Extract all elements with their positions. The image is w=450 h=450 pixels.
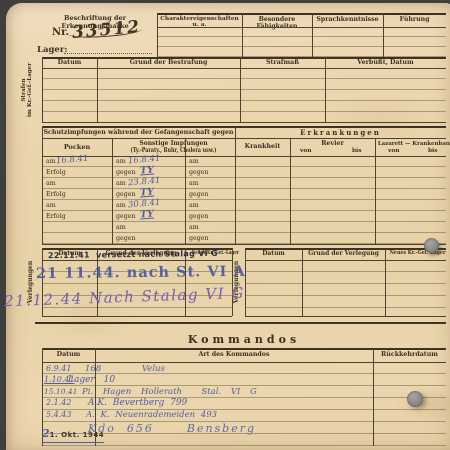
vacc-label: am [189,202,199,209]
vacc-row: Erfolg gegen TY gegen [42,167,446,178]
vacc-row: am am [42,222,446,233]
vaccinations-col-sonstige: Sonstige Impfungen [112,140,235,147]
revier-von-label: von [300,148,311,154]
vacc-label: am [116,202,126,209]
column-divider [383,13,384,57]
section-heavy-rule [35,322,446,324]
vaccinations-bottom-rule [42,244,446,245]
punishments-side-label-line2: im Kr.-Gef.-Lager [27,55,33,125]
vacc-label: Erfolg [46,191,66,198]
vacc-row: am am 23.8.41 am [42,178,446,189]
punishments-side-label: Strafen im Kr.-Gef.-Lager [21,55,35,125]
illnesses-col-lazarett: Lazarett — Krankenhaus [378,140,443,147]
traits-col-conduct: Führung [383,16,446,23]
scanned-document: Beschriftung der Erkennungsmarke Nr. 335… [0,0,450,450]
vacc-hand-date: 16.8.41 [56,154,89,167]
traits-empty-rows [157,27,446,57]
kommando-art: Lager 10 [68,375,115,385]
nr-label: Nr. [52,27,69,38]
illnesses-col-revier: Revier [290,140,375,147]
column-divider [242,13,243,57]
punishments-col-datum: Datum [42,59,97,66]
column-divider [312,13,313,57]
vacc-label: am [189,224,199,231]
kommando-art: A. K. Neuenrademeiden 493 [86,410,217,420]
lager-label: Lager: [37,45,67,55]
transfers-right-bottom-rule [245,316,446,317]
kommando-art: Pi. Hagen Hollerath Stal. VI G [82,387,257,397]
vaccination-rows: am 16.8.41 am 16.8.41 am Erfolg gegen TY… [42,156,446,244]
vacc-label: gegen [116,235,136,242]
column-divider [42,57,43,122]
kommando-art: 168 Velus [85,364,165,374]
kommando-art: A.K. Bevertberg 799 [88,398,187,408]
vacc-label: am [189,180,199,187]
punishments-col-grund: Grund der Bestrafung [97,59,240,66]
column-divider [385,248,386,316]
kommando-datum: 5.4.43 [46,410,71,419]
vacc-hand-ty: TY [140,187,155,199]
vaccinations-col-pocken: Pocken [42,143,112,151]
traits-col-languages: Sprachkenntnisse [312,16,383,23]
vacc-label: Erfolg [46,213,66,220]
vaccinations-col-sonstige-sub: (Ty.-Paraty., Ruhr, Cholera usw.) [124,147,222,154]
column-divider [325,57,326,122]
punishments-col-strafmass: Strafmaß [240,59,325,66]
hole-punch-bottom [407,391,423,407]
lazarett-bis-label: bis [428,148,438,154]
column-divider [97,57,98,122]
traits-top-rule [157,13,446,15]
kommando-row-stamped: 21. Okt. 1944 Kdo 656 Bensberg [42,422,446,438]
lazarett-von-label: von [388,148,399,154]
kommando-datum-hand-digit: 2 [42,427,50,440]
punishments-bottom-rule [42,122,446,123]
column-divider [157,13,158,57]
kommandos-col-rueckkehr: Rückkehrdatum [373,351,446,358]
vacc-label: Erfolg [46,169,66,176]
vacc-row: Erfolg gegen TY gegen [42,211,446,222]
vacc-label: am [46,202,56,209]
kommandos-rows: 6.9.41 168 Velus 1.10.41 Lager 10 15.10.… [42,362,446,450]
vacc-label: gegen [116,213,136,220]
hole-punch-top [424,238,439,253]
vacc-label: gegen [189,191,209,198]
lager-dotted-line [64,44,152,54]
transfers-left-bottom-rule [42,316,232,317]
kommando-row: 2.1.42 A.K. Bevertberg 799 [42,398,446,410]
kommando-datum: 15.10.41 [44,387,77,396]
kommando-art: Kdo 656 Bensberg [88,422,256,435]
kommandos-col-datum: Datum [42,351,95,358]
kommando-row: 1.10.41 Lager 10 [42,375,446,387]
vacc-row: am 16.8.41 am 16.8.41 am [42,156,446,167]
kommando-datum: 2.1.42 [46,398,71,407]
vacc-label: am [46,158,56,165]
transfers-col-datum-2: Datum [245,250,302,257]
illnesses-title: Erkrankungen [235,128,446,137]
transfer-stamp-1944: 21 11.44. nach St. VI A [36,263,246,282]
transfers-col-grund-2: Grund der Verlegung [302,250,385,257]
kommandos-top-rule [42,348,446,350]
vacc-label: gegen [189,169,209,176]
vacc-label: am [116,158,126,165]
kommando-row: 5.4.43 A. K. Neuenrademeiden 493 [42,410,446,422]
vacc-label: gegen [189,213,209,220]
kommandos-col-art: Art des Kommandos [95,351,373,358]
vaccinations-title: Schutzimpfungen während der Gefangenscha… [42,129,235,136]
column-divider [245,248,246,316]
kommando-datum: 6.9.41 [46,364,71,373]
vacc-row: am am 30.8.41 am [42,200,446,211]
illnesses-col-krankheit: Krankheit [235,143,290,150]
vacc-label: am [189,158,199,165]
column-divider [240,57,241,122]
vacc-label: gegen [116,169,136,176]
vacc-hand-ty: TY [140,165,155,177]
column-divider [302,248,303,316]
vacc-row: Erfolg gegen TY gegen [42,189,446,200]
vacc-label: am [46,180,56,187]
vacc-label: am [116,224,126,231]
transfers-side-label-right: Verlegungen [233,252,243,312]
vacc-label: am [116,180,126,187]
vacc-label: gegen [116,191,136,198]
vaccinations-title-rule [42,138,446,139]
kommandos-title: Kommandos [42,333,446,346]
vacc-row: gegen gegen [42,233,446,244]
transfers-right-rows [245,260,446,316]
vacc-hand-ty: TY [140,209,155,221]
punishments-empty-rows [42,68,446,122]
revier-bis-label: bis [352,148,362,154]
punishments-col-verbuesst: Verbüßt, Datum [325,59,446,66]
vacc-label: gegen [189,235,209,242]
